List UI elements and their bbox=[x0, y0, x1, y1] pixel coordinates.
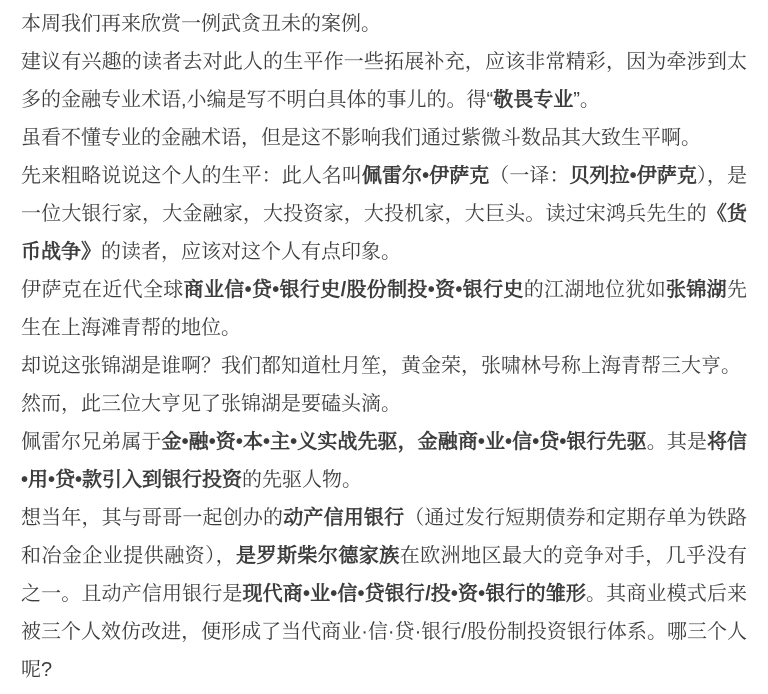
paragraph: 却说这张锦湖是谁啊？我们都知道杜月笙，黄金荣，张啸林号称上海青帮三大亨。 bbox=[21, 347, 747, 385]
text-run-bold: 佩雷尔•伊萨克 bbox=[362, 165, 489, 187]
paragraph: 先来粗略说说这个人的生平：此人名叫佩雷尔•伊萨克（一译：贝列拉•伊萨克），是一位… bbox=[21, 157, 747, 271]
paragraph: 虽看不懂专业的金融术语，但是这不影响我们通过紫微斗数品其大致生平啊。 bbox=[21, 119, 747, 157]
text-run: 虽看不懂专业的金融术语，但是这不影响我们通过紫微斗数品其大致生平啊。 bbox=[21, 127, 701, 149]
text-run-bold: 现代商•业•信•贷银行/投•资•银行的雏形 bbox=[243, 583, 587, 605]
text-run-bold: 贝列拉•伊萨克 bbox=[570, 165, 697, 187]
text-run: ”。 bbox=[573, 89, 600, 111]
paragraph: 本周我们再来欣赏一例武贪丑未的案例。 bbox=[21, 5, 747, 43]
text-run: 。其是 bbox=[647, 431, 707, 453]
text-run: 佩雷尔兄弟属于 bbox=[21, 431, 162, 453]
text-run: 伊萨克在近代全球 bbox=[21, 279, 184, 301]
paragraph: 伊萨克在近代全球商业信•贷•银行史/股份制投•资•银行史的江湖地位犹如张锦湖先生… bbox=[21, 271, 747, 347]
text-run-bold: 敬畏专业 bbox=[493, 89, 573, 111]
text-run: 却说这张锦湖是谁啊？我们都知道杜月笙，黄金荣，张啸林号称上海青帮三大亨。 bbox=[21, 355, 741, 377]
text-run: 的读者，应该对这个人有点印象。 bbox=[101, 241, 401, 263]
text-run: 的先驱人物。 bbox=[242, 469, 362, 491]
paragraph: 然而，此三位大亨见了张锦湖是要磕头滴。 bbox=[21, 385, 747, 423]
text-run: 本周我们再来欣赏一例武贪丑未的案例。 bbox=[21, 13, 381, 35]
text-run: 想当年，其与哥哥一起创办的 bbox=[21, 507, 283, 529]
paragraph: 想当年，其与哥哥一起创办的动产信用银行（通过发行短期债券和定期存单为铁路和冶金企… bbox=[21, 499, 747, 689]
text-run: 先来粗略说说这个人的生平：此人名叫 bbox=[21, 165, 362, 187]
paragraph: 佩雷尔兄弟属于金•融•资•本•主•义实战先驱，金融商•业•信•贷•银行先驱。其是… bbox=[21, 423, 747, 499]
text-run: 的江湖地位犹如 bbox=[524, 279, 666, 301]
text-run: 建议有兴趣的读者去对此人的生平作一些拓展补充，应该非常精彩，因为牵涉到太多的金融… bbox=[21, 51, 747, 111]
text-run-bold: 商业信•贷•银行史/股份制投•资•银行史 bbox=[184, 279, 524, 301]
text-run: 然而，此三位大亨见了张锦湖是要磕头滴。 bbox=[21, 393, 401, 415]
text-run-bold: 是罗斯柴尔德家族 bbox=[236, 545, 400, 567]
text-run-bold: 张锦湖 bbox=[666, 279, 727, 301]
text-run-bold: 动产信用银行 bbox=[283, 507, 404, 529]
text-run-bold: 金•融•资•本•主•义实战先驱，金融商•业•信•贷•银行先驱 bbox=[162, 431, 647, 453]
text-run: （一译： bbox=[489, 165, 569, 187]
paragraph: 建议有兴趣的读者去对此人的生平作一些拓展补充，应该非常精彩，因为牵涉到太多的金融… bbox=[21, 43, 747, 119]
article-body: 本周我们再来欣赏一例武贪丑未的案例。建议有兴趣的读者去对此人的生平作一些拓展补充… bbox=[0, 0, 768, 689]
